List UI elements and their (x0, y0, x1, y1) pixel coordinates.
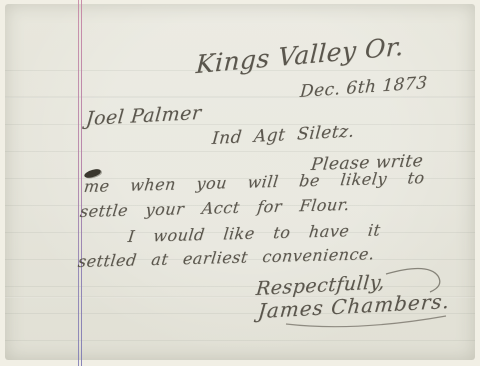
ledger-margin-line (78, 0, 82, 366)
signature-flourish (248, 262, 463, 332)
letter-scan: Kings Valley Or. Dec. 6th 1873 Joel Palm… (0, 0, 480, 366)
paper-crease (5, 96, 475, 98)
margin-line-inner (81, 0, 82, 366)
margin-line-outer (78, 0, 79, 366)
